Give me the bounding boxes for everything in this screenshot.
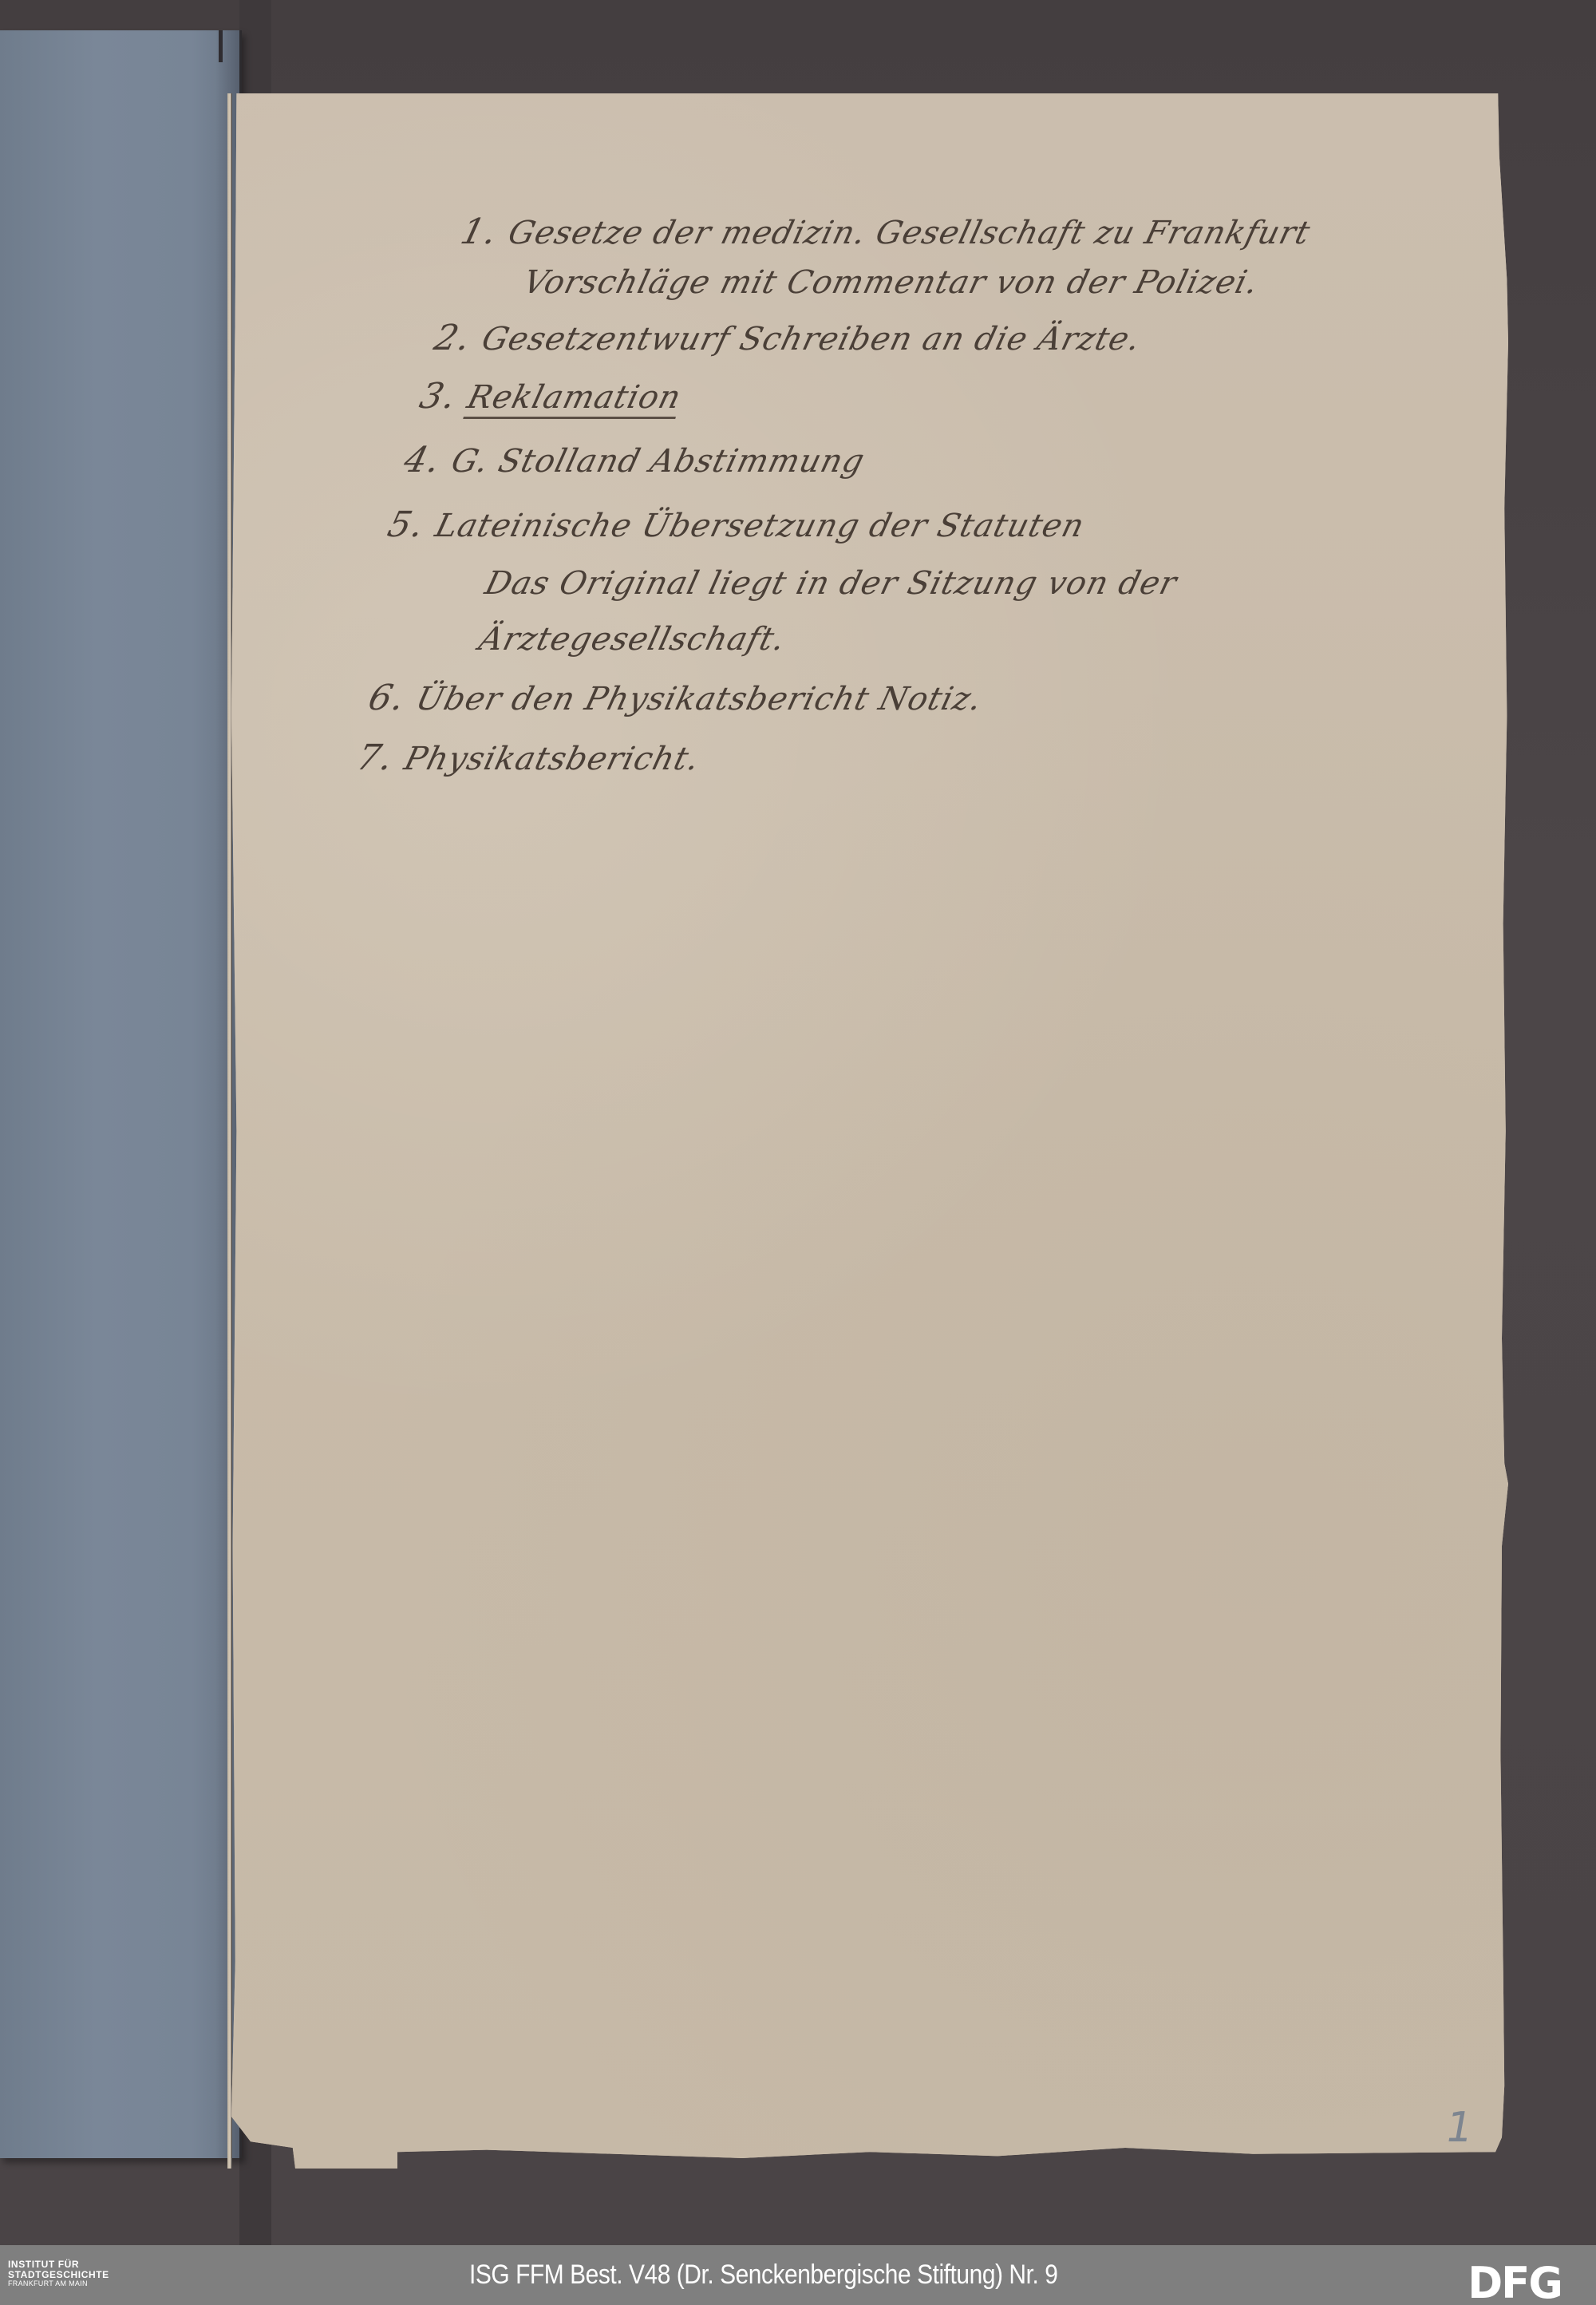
list-item-5: 5. Lateinische Übersetzung der Statuten (385, 509, 1430, 542)
list-number: 5. (385, 509, 429, 541)
list-number: 1. (458, 216, 503, 248)
list-item-7: 7. Physikatsbericht. (326, 742, 1372, 775)
institute-line-3: FRANKFURT AM MAIN (8, 2280, 109, 2287)
list-number: 3. (417, 381, 461, 413)
list-text: Lateinische Übersetzung der Statuten (433, 510, 1088, 542)
list-text: Gesetzentwurf Schreiben an die Ärzte. (479, 323, 1144, 355)
list-text: Vorschläge mit Commentar von der Polizei… (520, 267, 1262, 299)
list-number: 4. (401, 445, 445, 476)
list-number: 7. (354, 742, 398, 774)
list-item-6: 6. Über den Physikatsbericht Notiz. (342, 682, 1387, 715)
list-item-5-continuation: Das Original liegt in der Sitzung von de… (370, 567, 1416, 599)
list-text: Über den Physikatsbericht Notiz. (413, 683, 986, 715)
list-text: Ärztegesellschaft. (476, 623, 788, 655)
list-item-4: 4. G. Stolland Abstimmung (401, 445, 1446, 477)
list-number: 6. (365, 682, 410, 714)
list-text: Reklamation (463, 382, 685, 419)
institute-logo: INSTITUT FÜR STADTGESCHICHTE FRANKFURT A… (8, 2260, 109, 2287)
handwritten-list: 1. Gesetze der medizin. Gesellschaft zu … (326, 196, 1508, 775)
list-item-5-continuation-2: Ärztegesellschaft. (356, 623, 1401, 655)
institute-line-1: INSTITUT FÜR (8, 2260, 109, 2269)
list-text: G. Stolland Abstimmung (448, 445, 868, 477)
shelfmark-caption: ISG FFM Best. V48 (Dr. Senckenbergische … (469, 2260, 1057, 2291)
list-item-1: 1. Gesetze der medizin. Gesellschaft zu … (457, 216, 1503, 249)
sheet-spine-edge (227, 93, 232, 2169)
institute-line-2: STADTGESCHICHTE (8, 2270, 109, 2279)
list-item-2: 2. Gesetzentwurf Schreiben an die Ärzte. (431, 322, 1476, 355)
footer-bar: INSTITUT FÜR STADTGESCHICHTE FRANKFURT A… (0, 2245, 1596, 2305)
list-item-3: 3. Reklamation (415, 381, 1462, 419)
list-number: 2. (431, 322, 476, 354)
dfg-logo: DFG (1468, 2263, 1562, 2304)
cover-notch (219, 30, 223, 62)
list-item-1-continuation: Vorschläge mit Commentar von der Polizei… (445, 267, 1491, 299)
list-text: Gesetze der medizin. Gesellschaft zu Fra… (505, 217, 1314, 249)
blue-cover-board (0, 30, 242, 2158)
list-text: Das Original liegt in der Sitzung von de… (482, 567, 1180, 599)
list-text: Physikatsbericht. (401, 743, 703, 775)
